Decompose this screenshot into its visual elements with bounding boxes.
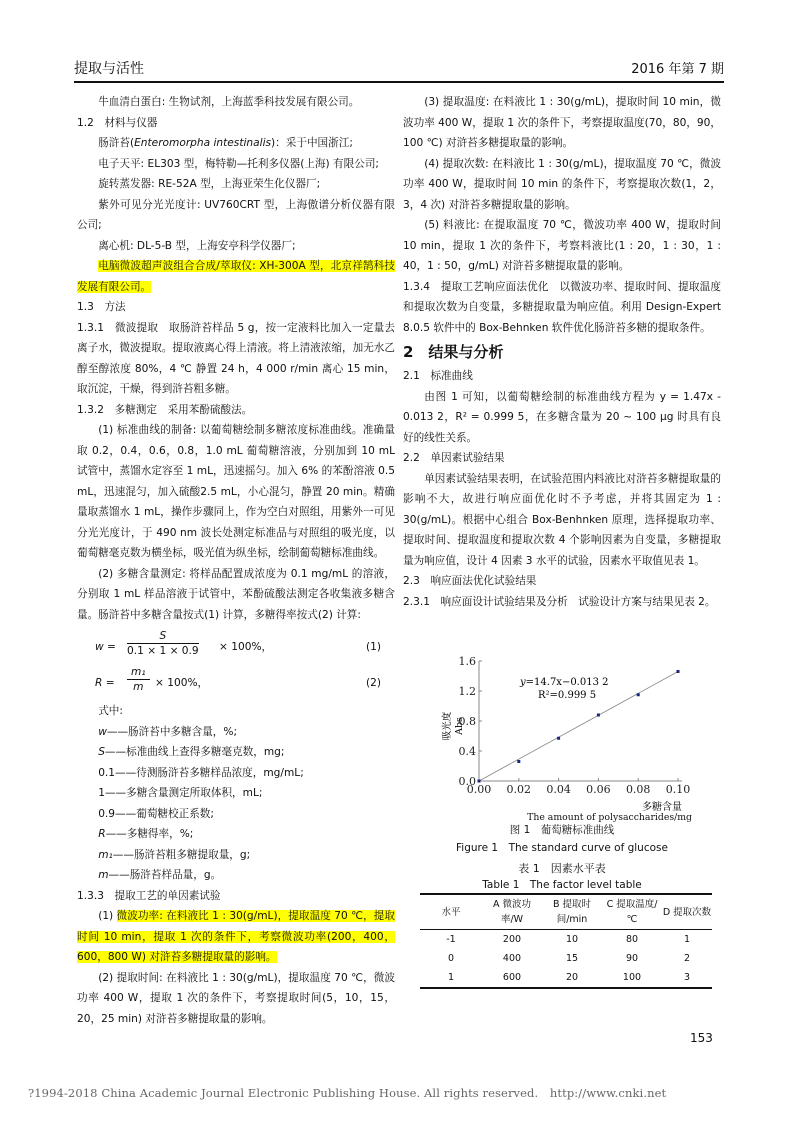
definition-item: 0.1——待测肠浒苔多糖样品浓度，mg/mL; xyxy=(77,763,395,784)
svg-text:0.10: 0.10 xyxy=(666,783,691,796)
eq2-lhs: R = xyxy=(95,673,115,694)
paragraph-2-3-1: 2.3.1 响应面设计试验结果及分析 试验设计方案与结果见表 2。 xyxy=(403,592,721,613)
eq1-fraction: S 0.1 × 1 × 0.9 xyxy=(127,629,199,658)
table-cell: 10 xyxy=(542,930,602,950)
table-row: 0 400 15 90 2 xyxy=(420,949,712,968)
paragraph-ratio: (5) 料液比: 在提取温度 70 ℃，微波功率 400 W，提取时间 10 m… xyxy=(403,215,721,277)
heading-1-3-3: 1.3.3 提取工艺的单因素试验 xyxy=(77,886,395,907)
heading-2-3: 2.3 响应面法优化试验结果 xyxy=(403,571,721,592)
factor-level-table: 水平 A 微波功率/W B 提取时间/min C 提取温度/℃ D 提取次数 -… xyxy=(420,893,712,989)
def-symbol: m xyxy=(98,869,108,881)
eq1-number: (1) xyxy=(366,637,381,658)
table-cell: 90 xyxy=(602,949,662,968)
definition-item: 0.9——葡萄糖校正系数; xyxy=(77,804,395,825)
eq2-denominator: m xyxy=(127,680,150,694)
def-text: ——标准曲线上查得多糖毫克数，mg; xyxy=(105,746,285,758)
svg-text:0.04: 0.04 xyxy=(546,783,571,796)
paragraph-uv: 紫外可见分光光度计: UV760CRT 型，上海傲谱分析仪器有限公司; xyxy=(77,195,395,236)
left-column: 牛血清白蛋白: 生物试剂，上海蓝季科技发展有限公司。 1.2 材料与仪器 肠浒苔… xyxy=(77,92,395,1029)
paragraph-balance: 电子天平: EL303 型，梅特勒—托利多仪器(上海) 有限公司; xyxy=(77,154,395,175)
alga-text: 肠浒苔( xyxy=(98,137,134,149)
def-text: ——多糖得率，%; xyxy=(106,828,194,840)
table-cell: 80 xyxy=(602,930,662,950)
eq2-fraction: m₁ m xyxy=(127,665,150,694)
paragraph-2-1: 由图 1 可知，以葡萄糖绘制的标准曲线方程为 y = 1.47x - 0.013… xyxy=(403,387,721,449)
table-cell: 1 xyxy=(420,968,482,988)
heading-2-2: 2.2 单因素试验结果 xyxy=(403,448,721,469)
latin-name: Enteromorpha intestinalis xyxy=(134,137,271,149)
where-label: 式中: xyxy=(77,701,395,722)
table-row: 1 600 20 100 3 xyxy=(420,968,712,988)
heading-2-1: 2.1 标准曲线 xyxy=(403,366,721,387)
table-cell: 1 xyxy=(662,930,712,950)
col-header: B 提取时间/min xyxy=(542,894,602,930)
def-text: ——葡萄糖校正系数; xyxy=(115,808,214,820)
paragraph-centrifuge: 离心机: DL-5-B 型，上海安亭科学仪器厂; xyxy=(77,236,395,257)
r2-annotation: R²=0.999 5 xyxy=(538,690,596,701)
definition-item: m——肠浒苔样品量，g。 xyxy=(77,865,395,886)
col-header: A 微波功率/W xyxy=(482,894,542,930)
page-number: 153 xyxy=(690,1031,713,1045)
svg-text:0.00: 0.00 xyxy=(467,783,492,796)
table-cell: 3 xyxy=(662,968,712,988)
def-symbol: m₁ xyxy=(98,849,113,861)
paragraph-1-3-2: 1.3.2 多糖测定 采用苯酚硫酸法。 xyxy=(77,400,395,421)
table-cell: -1 xyxy=(420,930,482,950)
header-rule xyxy=(74,81,724,83)
y-axis-label-en: Abs xyxy=(454,717,465,736)
def-text: ——待测肠浒苔多糖样品浓度，mg/mL; xyxy=(115,767,304,779)
equation-2: R = m₁ m × 100%， (2) xyxy=(77,665,395,697)
table-cell: 15 xyxy=(542,949,602,968)
paragraph-evaporator: 旋转蒸发器: RE-52A 型，上海亚荣生化仪器厂; xyxy=(77,174,395,195)
heading-1-2: 1.2 材料与仪器 xyxy=(77,113,395,134)
eq2-numerator: m₁ xyxy=(127,665,150,680)
equation-annotation: y=14.7x−0.013 2 xyxy=(519,677,609,688)
def-symbol: 0.1 xyxy=(98,767,115,779)
def-symbol: w xyxy=(98,726,107,738)
table-cell: 100 xyxy=(602,968,662,988)
paragraph-content: (2) 多糖含量测定: 将样品配置成浓度为 0.1 mg/mL 的溶液，分别取 … xyxy=(77,564,395,626)
alga-text-end: )：采于中国浙江; xyxy=(271,137,353,149)
definition-item: w——肠浒苔中多糖含量，%; xyxy=(77,722,395,743)
paragraph-alga: 肠浒苔(Enteromorpha intestinalis)：采于中国浙江; xyxy=(77,133,395,154)
def-text: ——肠浒苔样品量，g。 xyxy=(109,869,222,881)
table-cell: 200 xyxy=(482,930,542,950)
table-row: -1 200 10 80 1 xyxy=(420,930,712,950)
svg-text:0.02: 0.02 xyxy=(507,783,532,796)
table-header-row: 水平 A 微波功率/W B 提取时间/min C 提取温度/℃ D 提取次数 xyxy=(420,894,712,930)
table-caption-cn: 表 1 因素水平表 xyxy=(403,860,721,876)
definition-item: S——标准曲线上查得多糖毫克数，mg; xyxy=(77,742,395,763)
standard-curve-chart: 0.00.40.81.21.6 0.000.020.040.060.080.10… xyxy=(420,648,710,818)
def-symbol: 0.9 xyxy=(98,808,115,820)
item-number: (1) xyxy=(98,910,116,922)
paragraph-power: (1) 微波功率: 在料液比 1 : 30(g/mL)，提取温度 70 ℃，提取… xyxy=(77,906,395,968)
eq1-rhs: × 100%， xyxy=(219,637,272,658)
table-cell: 2 xyxy=(662,949,712,968)
equation-1: w = S 0.1 × 1 × 0.9 × 100%， (1) xyxy=(77,629,395,661)
def-text: ——肠浒苔粗多糖提取量，g; xyxy=(113,849,250,861)
paragraph-microwave: 电脑微波超声波组合合成/萃取仪: XH-300A 型，北京祥鹄科技发展有限公司。 xyxy=(77,256,395,297)
def-symbol: R xyxy=(98,828,105,840)
running-header: 提取与活性 2016 年第 7 期 xyxy=(74,58,724,80)
paragraph-time: (2) 提取时间: 在料液比 1 : 30(g/mL)，提取温度 70 ℃，微波… xyxy=(77,968,395,1030)
table-cell: 400 xyxy=(482,949,542,968)
highlighted-text: 微波功率: 在料液比 1 : 30(g/mL)，提取温度 70 ℃，提取时间 1… xyxy=(77,910,395,963)
table-caption-en: Table 1 The factor level table xyxy=(403,877,721,892)
issue-label: 2016 年第 7 期 xyxy=(631,58,724,77)
heading-2: 2 结果与分析 xyxy=(403,340,721,364)
svg-text:0.06: 0.06 xyxy=(586,783,611,796)
definition-item: m₁——肠浒苔粗多糖提取量，g; xyxy=(77,845,395,866)
paragraph-times: (4) 提取次数: 在料液比 1 : 30(g/mL)，提取温度 70 ℃，微波… xyxy=(403,154,721,216)
highlighted-text: 电脑微波超声波组合合成/萃取仪: XH-300A 型，北京祥鹄科技发展有限公司。 xyxy=(77,260,395,293)
y-axis-label-cn: 吸光度 xyxy=(441,711,453,740)
def-symbol: S xyxy=(98,746,105,758)
heading-1-3: 1.3 方法 xyxy=(77,297,395,318)
paragraph-1-3-4: 1.3.4 提取工艺响应面法优化 以微波功率、提取时间、提取温度和提取次数为自变… xyxy=(403,277,721,339)
eq1-lhs: w = xyxy=(95,637,116,658)
section-title: 提取与活性 xyxy=(74,58,144,78)
col-header: D 提取次数 xyxy=(662,894,712,930)
svg-text:0.4: 0.4 xyxy=(459,745,477,758)
def-text: ——多糖含量测定所取体积，mL; xyxy=(105,787,263,799)
def-text: ——肠浒苔中多糖含量，%; xyxy=(107,726,237,738)
svg-text:1.2: 1.2 xyxy=(459,685,477,698)
paragraph-standard-curve: (1) 标准曲线的制备: 以葡萄糖绘制多糖浓度标准曲线。准确量取 0.2，0.4… xyxy=(77,420,395,564)
eq1-denominator: 0.1 × 1 × 0.9 xyxy=(127,644,199,658)
eq2-number: (2) xyxy=(366,673,381,694)
col-header: 水平 xyxy=(420,894,482,930)
definition-item: R——多糖得率，%; xyxy=(77,824,395,845)
figure-caption-cn: 图 1 葡萄糖标准曲线 xyxy=(403,822,721,837)
paragraph-temperature: (3) 提取温度: 在料液比 1 : 30(g/mL)，提取时间 10 min，… xyxy=(403,92,721,154)
chart-svg: 0.00.40.81.21.6 0.000.020.040.060.080.10… xyxy=(420,648,710,818)
table-cell: 20 xyxy=(542,968,602,988)
svg-text:0.08: 0.08 xyxy=(626,783,651,796)
figure-caption-en: Figure 1 The standard curve of glucose xyxy=(403,840,721,855)
right-column: (3) 提取温度: 在料液比 1 : 30(g/mL)，提取时间 10 min，… xyxy=(403,92,721,612)
definition-item: 1——多糖含量测定所取体积，mL; xyxy=(77,783,395,804)
svg-text:1.6: 1.6 xyxy=(459,655,477,668)
table-cell: 0 xyxy=(420,949,482,968)
copyright-footer: ?1994-2018 China Academic Journal Electr… xyxy=(28,1085,666,1101)
paragraph-bsa: 牛血清白蛋白: 生物试剂，上海蓝季科技发展有限公司。 xyxy=(77,92,395,113)
paragraph-1-3-1: 1.3.1 微波提取 取肠浒苔样品 5 g，按一定液料比加入一定量去离子水，微波… xyxy=(77,318,395,400)
eq1-numerator: S xyxy=(127,629,199,644)
table-cell: 600 xyxy=(482,968,542,988)
def-symbol: 1 xyxy=(98,787,105,799)
paragraph-2-2: 单因素试验结果表明，在试验范围内料液比对浒苔多糖提取量的影响不大，故进行响应面优… xyxy=(403,469,721,572)
eq2-rhs: × 100%， xyxy=(155,673,208,694)
col-header: C 提取温度/℃ xyxy=(602,894,662,930)
